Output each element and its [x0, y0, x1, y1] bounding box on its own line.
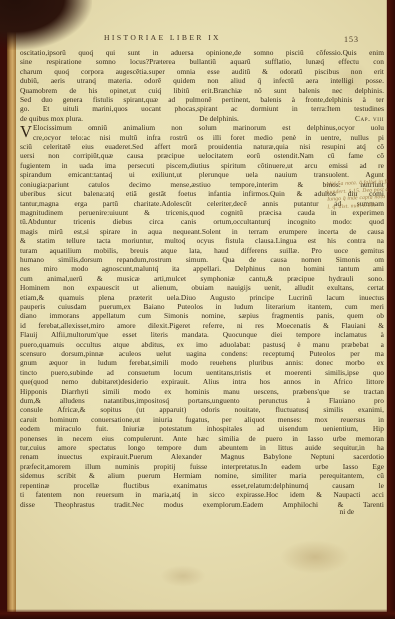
text-line: præfecit,amorem illum numinis propitij f… [20, 462, 384, 471]
text-line: spirandum emicant:tantaq́ ui exiliunt,ut… [20, 170, 384, 179]
chapter-heading-title: De delphinis. [199, 114, 239, 123]
text-line: repentinæ procellæ fluctibus exanimatus … [20, 481, 384, 490]
text-line: oscitatio,ipsorū quoq́ qui sunt in aduer… [20, 48, 384, 57]
text-line: sciū celeritatē eius euaderet.Sed affert… [20, 142, 384, 151]
text-line: caruit hominum conuersatione,ut iniuria … [20, 415, 384, 424]
text-line: id ferebat,allexisset,miro amore dilexit… [20, 321, 384, 330]
page-edge-gilt-strip [7, 0, 16, 612]
text-line: consule Africæ,& sopitus (ut apparuit) o… [20, 405, 384, 414]
text-line: Elocissimum omniū animalium non solum ma… [20, 123, 384, 132]
binding-shadow-top-left [0, 0, 92, 50]
text-line: cre,ocyor telo:ac nisi multū infra rostr… [20, 133, 384, 142]
text-line: etiam,& quamuis plena præterit uela.Diuo… [20, 293, 384, 302]
chapter-heading: de quibus mox plura.De delphinis.Cap. vi… [20, 114, 384, 123]
text-line: turam aquatilium mobilis, breuis atque l… [20, 246, 384, 255]
text-line: tur,cuius amore spectatus longo tempore … [20, 443, 384, 452]
text-line: go. Et uituli marini,quos uocant phocas,… [20, 104, 384, 113]
running-header: HISTORIAE LIBER IX [20, 33, 305, 42]
text-line: & statim tellure tacta moriuntur, multoq… [20, 236, 384, 245]
text-line: Sed duo genera fistulis spirant,quæ ad p… [20, 95, 384, 104]
text-line: Quamobrem de his opinet,ut cuiq́ libitū … [20, 86, 384, 95]
text-line: diano immorans appellatum cum Simonis no… [20, 311, 384, 320]
text-line: charum quoq́ corpora augescētia.super om… [20, 67, 384, 76]
text-line: dubiū, aeris utranq́ materia. odorē quid… [20, 76, 384, 85]
text-line: pauperis cuiusdam puerum,ex Baiano Puteo… [20, 302, 384, 311]
text-line: tū.Abduntur tricenis diebus circa canis … [20, 217, 384, 226]
text-line: renam inuectus expirauit.Puerum Alexande… [20, 452, 384, 461]
text-line: puero,quamuis occultus atque abditus, ex… [20, 340, 384, 349]
text-line: magis mirū est,si spirare in aqua nequea… [20, 227, 384, 236]
book-page-scan: HISTORIAE LIBER IX 153 oscitatio,ipsorū … [0, 0, 395, 619]
text-line: Hominem non expauescit ut alienum, obuia… [20, 283, 384, 292]
text-line: cum animal,uerū & musicæ arti,mulcet sym… [20, 274, 384, 283]
text-line: gnum æquor in ludum ferebat,simili modo … [20, 358, 384, 367]
drop-cap-initial: V [20, 122, 32, 141]
cover-border-right [386, 0, 395, 619]
text-line: sidemus scribit & alium puerum Hermiam n… [20, 471, 384, 480]
text-line: dum,& alludens natantibus,impositosq́ po… [20, 396, 384, 405]
text-line: tincto puero,subinde ad consuetum locum … [20, 368, 384, 377]
text-line: humano similis,dorsum repandum,rostrum s… [20, 255, 384, 264]
catchword: ni de [20, 507, 384, 516]
text-line: ponenses in necem eius compulerunt. Ante… [20, 434, 384, 443]
text-line: nes miro modo agnoscunt,maluntq́ ita app… [20, 264, 384, 273]
text-line: scensuro dorsum,pinnæ aculeos uelut uagi… [20, 349, 384, 358]
text-line: Hipponis Diarrhyti simili modo ex homini… [20, 387, 384, 396]
chapter-heading-cap: Cap. viii [355, 114, 384, 123]
page-number: 153 [344, 35, 359, 44]
text-line: eodem miraculo fuit. Iniuriæ potestatum … [20, 424, 384, 433]
text-line: que(quod nemo dubitaret)desiderio expira… [20, 377, 384, 386]
text-line: Flauij Alfii,multorum'que esset literis … [20, 330, 384, 339]
text-block: oscitatio,ipsorū quoq́ qui sunt in aduer… [20, 48, 384, 509]
text-line: ti fatentem non reuersum in maria,atq́ i… [20, 490, 384, 499]
text-line: fugientem in uada ima persecuti piscem,d… [20, 161, 384, 170]
text-line: uersi non corripiūt,quæ causa præcipue u… [20, 151, 384, 160]
cover-border-bottom [0, 609, 395, 619]
handwritten-marginalia: aliq́ 5a nota. q̄ fallat in finekundert.… [326, 178, 395, 211]
text-line: sine respiratione somno locus?Præterea b… [20, 57, 384, 66]
catchword-text: ni de [340, 507, 354, 516]
